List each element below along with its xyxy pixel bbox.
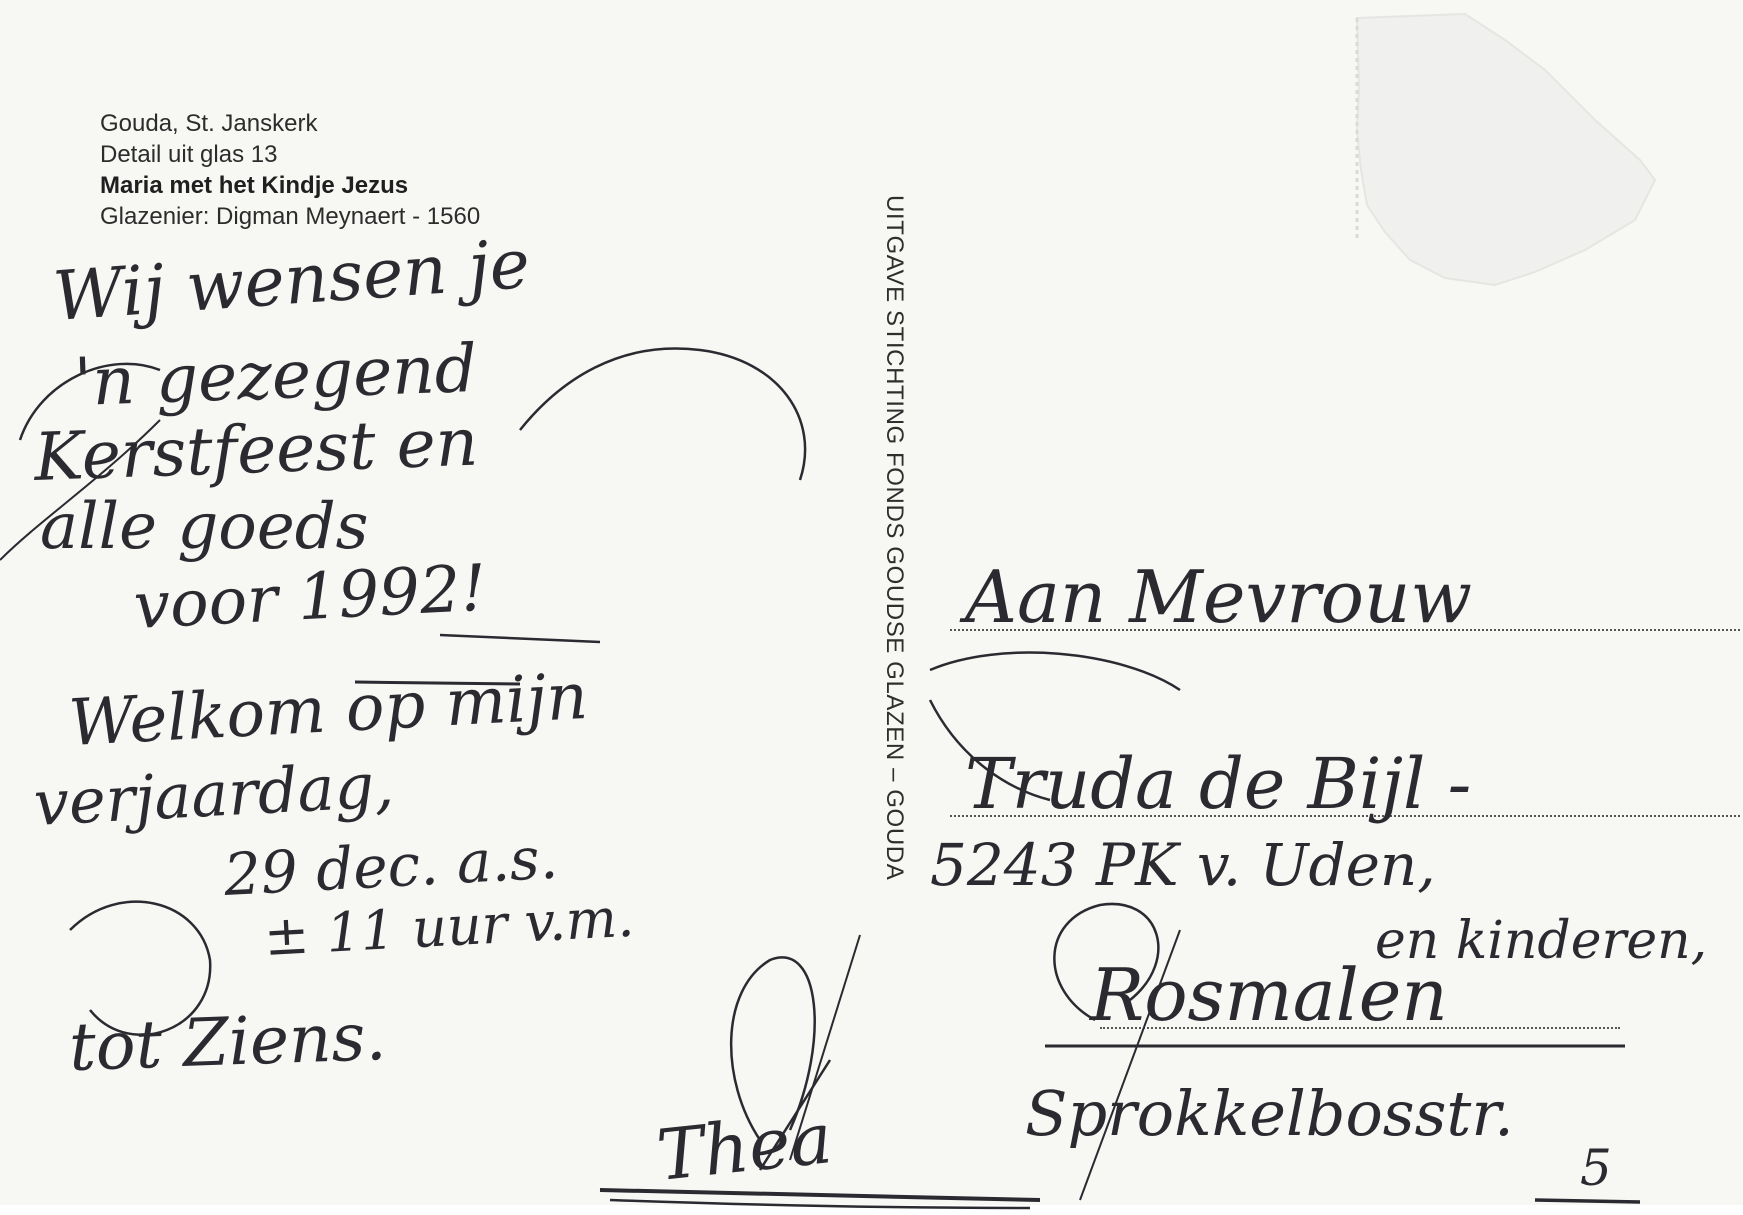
caption-artist: Glazenier: Digman Meynaert - 1560: [100, 201, 480, 232]
caption-detail: Detail uit glas 13: [100, 139, 480, 170]
address-line-1: [950, 629, 1740, 631]
card-edge: [0, 1205, 1743, 1215]
address-line-3: [1100, 1027, 1620, 1029]
caption-location: Gouda, St. Janskerk: [100, 108, 480, 139]
address-line-2: [950, 815, 1740, 817]
postcard-caption: Gouda, St. Janskerk Detail uit glas 13 M…: [100, 108, 480, 232]
caption-title: Maria met het Kindje Jezus: [100, 170, 480, 201]
removed-stamp-mark: [1355, 10, 1675, 290]
publisher-imprint: UITGAVE STICHTING FONDS GOUDSE GLAZEN – …: [880, 195, 908, 880]
